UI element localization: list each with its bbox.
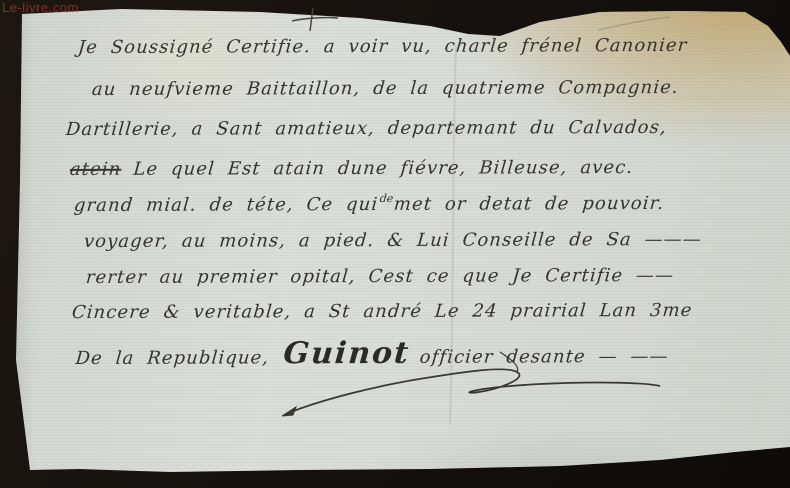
inserted-word: de: [379, 192, 394, 205]
manuscript-line: ateinLe quel Est atain dune fiévre, Bill…: [69, 157, 634, 180]
line-text: voyager, au moins, a pied. & Lui Conseil…: [83, 229, 703, 252]
line-text: De la Republique,: [75, 347, 270, 369]
line-text: rerter au premier opital, Cest ce que Je…: [85, 265, 675, 288]
signature-name: Guinot: [282, 336, 411, 371]
line-text: grand mial. de téte, Ce qui: [73, 194, 379, 216]
line-text: au neufvieme Baittaillon, de la quatriem…: [91, 77, 680, 100]
manuscript-line: Cincere & veritable, a St andré Le 24 pr…: [71, 300, 693, 323]
line-text: Dartillerie, a Sant amatieux, departeman…: [65, 117, 668, 140]
struck-word: atein: [69, 159, 122, 180]
manuscript-line: Je Soussigné Certifie. a voir vu, charle…: [77, 35, 688, 58]
manuscript-line: De la Republique,Guinotofficier desante …: [74, 335, 670, 372]
line-text: Je Soussigné Certifie. a voir vu, charle…: [77, 35, 688, 58]
manuscript-line: rerter au premier opital, Cest ce que Je…: [85, 265, 675, 288]
scanned-photo-background: Le-livre.com Je Soussigné Certifie. a vo…: [0, 0, 790, 488]
signature-title: officier desante — ——: [419, 346, 670, 368]
line-text: Le quel Est atain dune fiévre, Billeuse,…: [133, 157, 635, 180]
manuscript-line: grand mial. de téte, Ce quidemet or deta…: [73, 193, 665, 216]
manuscript-line: au neufvieme Baittaillon, de la quatriem…: [91, 77, 680, 100]
manuscript-line: Dartillerie, a Sant amatieux, departeman…: [65, 117, 668, 140]
line-text: Cincere & veritable, a St andré Le 24 pr…: [71, 300, 693, 323]
line-text: met or detat de pouvoir.: [393, 193, 665, 215]
manuscript-line: voyager, au moins, a pied. & Lui Conseil…: [83, 229, 703, 252]
watermark: Le-livre.com: [2, 0, 79, 15]
